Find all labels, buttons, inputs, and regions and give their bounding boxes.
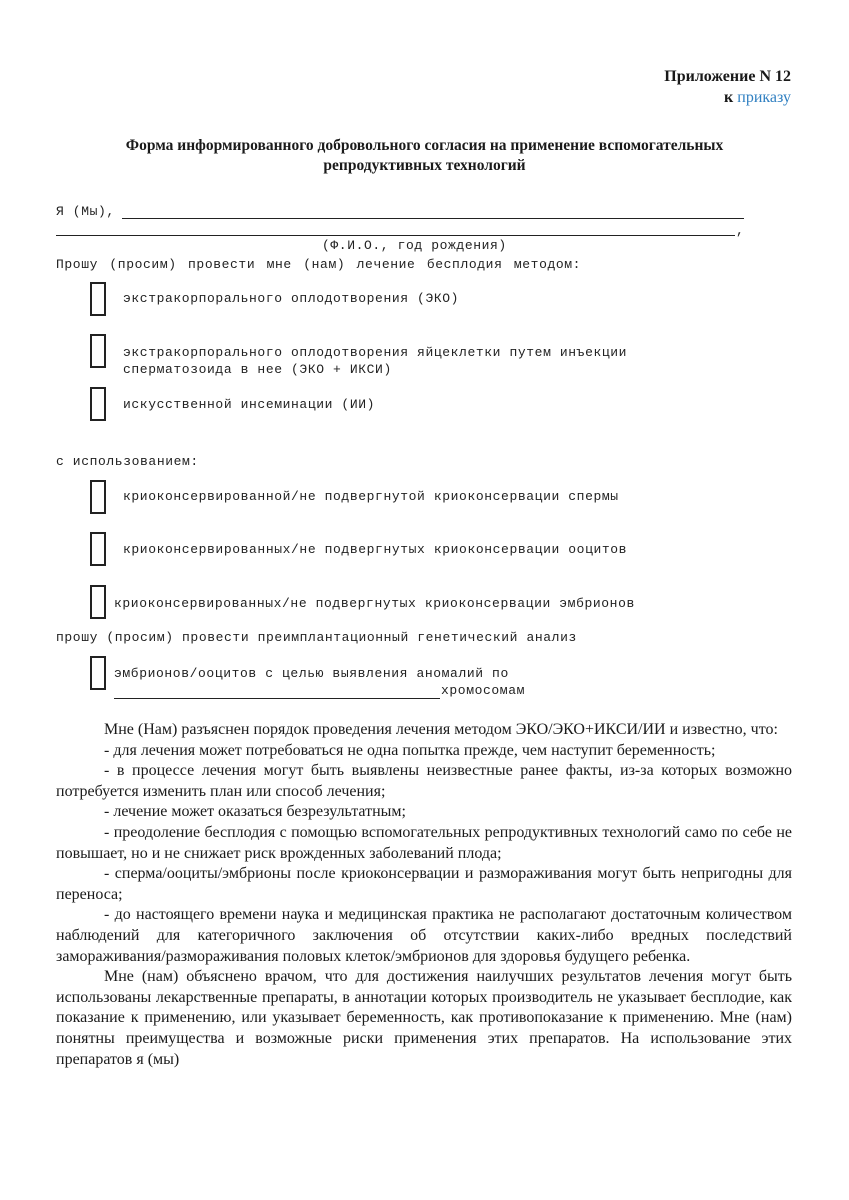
checkbox-sperm[interactable] xyxy=(90,480,106,514)
genetic-option-label: эмбрионов/ооцитов с целью выявления аном… xyxy=(114,666,509,681)
form-title: Форма информированного добровольного сог… xyxy=(0,136,849,176)
checkbox-embryos[interactable] xyxy=(90,585,106,619)
name-field-comma: , xyxy=(736,223,744,238)
usage-intro: с использованием: xyxy=(56,454,199,469)
paragraph-science-observations: - до настоящего времени наука и медицинс… xyxy=(56,905,792,967)
consent-body: Мне (Нам) разъяснен порядок проведения л… xyxy=(56,720,792,1070)
chromosome-suffix: хромосомам xyxy=(441,683,525,698)
name-field-caption: (Ф.И.О., год рождения) xyxy=(322,238,507,253)
paragraph-multiple-attempts: - для лечения может потребоваться не одн… xyxy=(56,741,792,762)
paragraph-congenital-risk: - преодоление бесплодия с помощью вспомо… xyxy=(56,823,792,864)
paragraph-cryo-unsuitable: - сперма/ооциты/эмбрионы после криоконсе… xyxy=(56,864,792,905)
consent-form-page: Приложение N 12 к приказу Форма информир… xyxy=(0,0,849,1200)
appendix-reference: к приказу xyxy=(724,89,791,107)
order-link[interactable]: приказу xyxy=(737,89,791,106)
option-eko-icsi-label-1: экстракорпорального оплодотворения яйцек… xyxy=(123,345,627,360)
option-sperm-label: криоконсервированной/не подвергнутой кри… xyxy=(123,489,619,504)
checkbox-eko[interactable] xyxy=(90,282,106,316)
identity-label: Я (Мы), xyxy=(56,204,115,219)
appendix-prefix: к xyxy=(724,89,733,106)
name-field-line-2[interactable] xyxy=(56,235,735,236)
paragraph-unknown-facts: - в процессе лечения могут быть выявлены… xyxy=(56,761,792,802)
checkbox-genetic-analysis[interactable] xyxy=(90,656,106,690)
paragraph-explained: Мне (Нам) разъяснен порядок проведения л… xyxy=(56,720,792,741)
genetic-intro: прошу (просим) провести преимплантационн… xyxy=(56,630,577,645)
paragraph-medications: Мне (нам) объяснено врачом, что для дост… xyxy=(56,967,792,1070)
option-eko-label: экстракорпорального оплодотворения (ЭКО) xyxy=(123,291,459,306)
option-oocytes-label: криоконсервированных/не подвергнутых кри… xyxy=(123,542,627,557)
appendix-number: Приложение N 12 xyxy=(664,68,791,86)
option-eko-icsi-label-2: сперматозоида в нее (ЭКО + ИКСИ) xyxy=(123,362,392,377)
name-field-line-1[interactable] xyxy=(122,218,744,219)
form-title-line-1: Форма информированного добровольного сог… xyxy=(0,136,849,156)
paragraph-no-result: - лечение может оказаться безрезультатны… xyxy=(56,802,792,823)
checkbox-ii[interactable] xyxy=(90,387,106,421)
checkbox-oocytes[interactable] xyxy=(90,532,106,566)
option-embryos-label: криоконсервированных/не подвергнутых кри… xyxy=(114,596,635,611)
form-title-line-2: репродуктивных технологий xyxy=(0,156,849,176)
chromosome-blank-line[interactable] xyxy=(114,698,440,699)
method-intro: Прошу (просим) провести мне (нам) лечени… xyxy=(56,257,581,272)
checkbox-eko-icsi[interactable] xyxy=(90,334,106,368)
option-ii-label: искусственной инсеминации (ИИ) xyxy=(123,397,375,412)
